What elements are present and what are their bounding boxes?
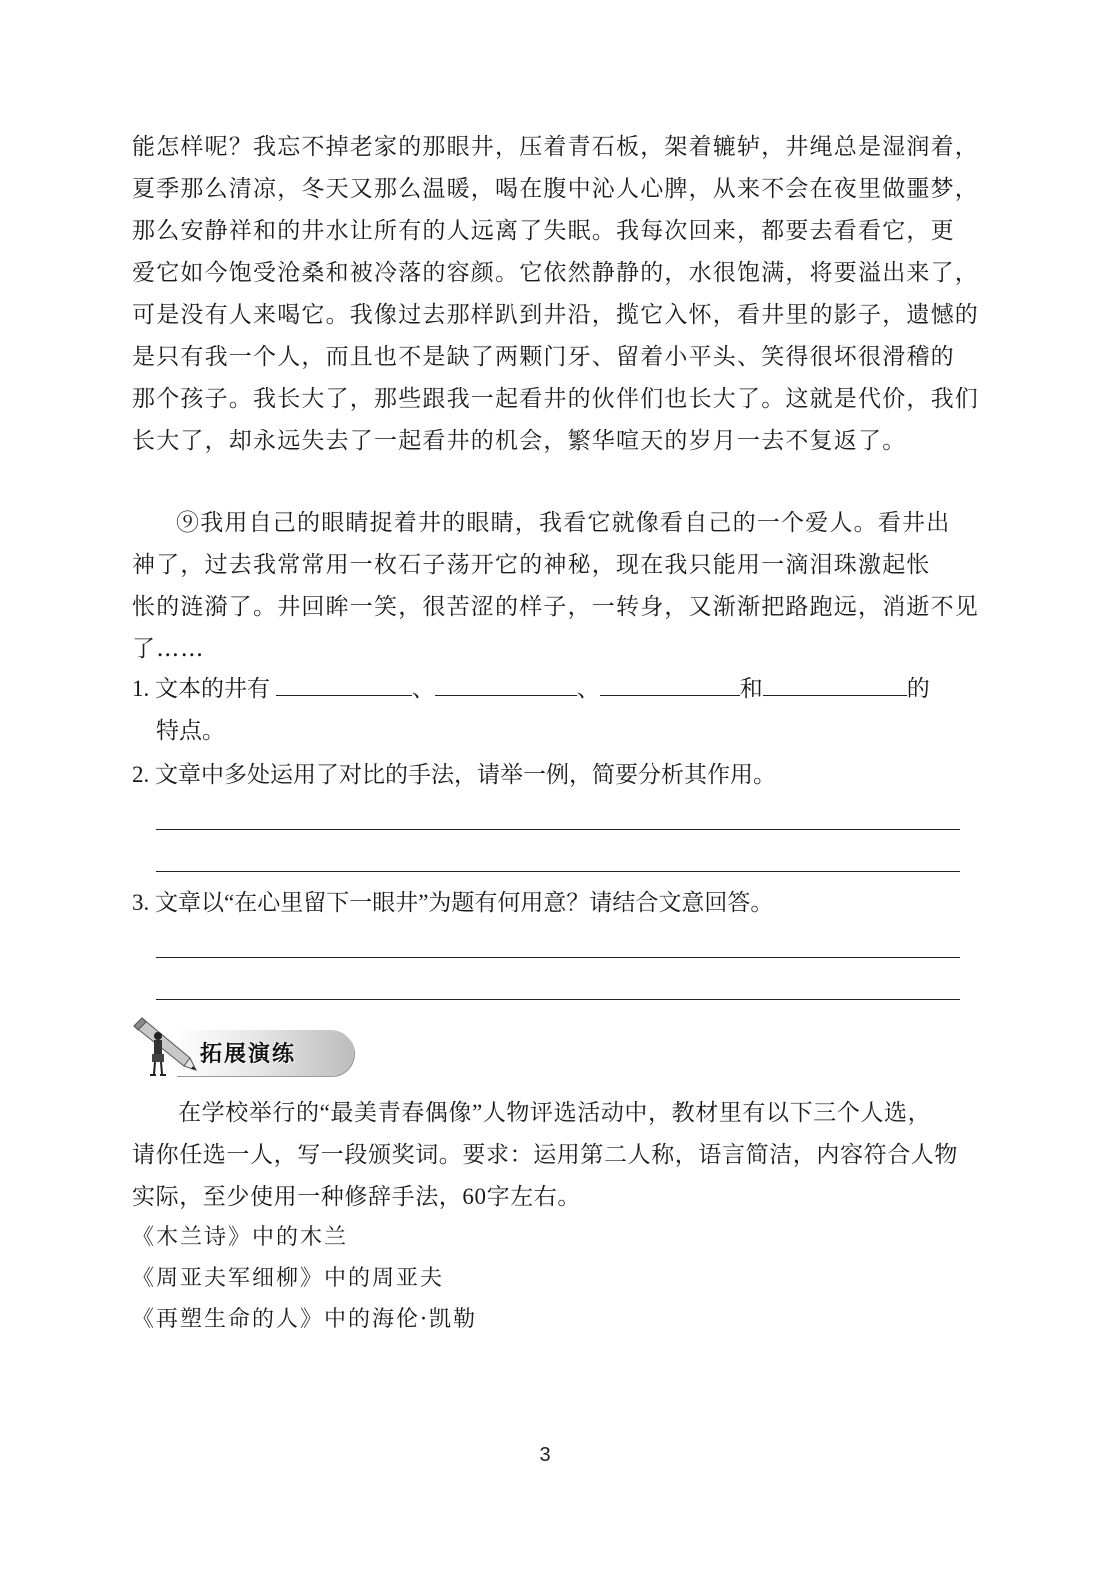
passage-line: ⑨我用自己的眼睛捉着井的眼睛，我看它就像看自己的一个爱人。看井出 [132, 502, 960, 544]
question-text: 文章中多处运用了对比的手法，请举一例，简要分析其作用。 [155, 762, 776, 787]
passage-line: 可是没有人来喝它。我像过去那样趴到井沿，揽它入怀，看井里的影子，遗憾的 [132, 294, 960, 336]
passage-line: 神了，过去我常常用一枚石子荡开它的神秘，现在我只能用一滴泪珠激起怅 [132, 544, 960, 586]
question-text: 文章以“在心里留下一眼井”为题有何用意？请结合文意回答。 [155, 890, 773, 915]
passage-line: 那么安静祥和的井水让所有的人远离了失眠。我每次回来，都要去看看它，更 [132, 210, 960, 252]
fill-blank-4[interactable] [763, 673, 907, 696]
option-item: 《再塑生命的人》中的海伦·凯勒 [132, 1300, 477, 1340]
passage-line: 长大了，却永远失去了一起看井的机会，繁华喧天的岁月一去不复返了。 [132, 420, 960, 462]
instruction-line: 实际，至少使用一种修辞手法，60字左右。 [132, 1176, 960, 1218]
pencil-person-icon [128, 1016, 198, 1080]
passage-line: 夏季那么清凉，冬天又那么温暖，喝在腹中沁人心脾，从来不会在夜里做噩梦， [132, 168, 960, 210]
workbook-page: 能怎样呢？我忘不掉老家的那眼井，压着青石板，架着辘轳，井绳总是湿润着， 夏季那么… [0, 0, 1110, 1571]
passage-line: 是只有我一个人，而且也不是缺了两颗门牙、留着小平头、笑得很坏很滑稽的 [132, 336, 960, 378]
fill-blank-2[interactable] [435, 673, 577, 696]
question-text: 特点。 [156, 718, 225, 743]
passage-line: 爱它如今饱受沧桑和被冷落的容颜。它依然静静的，水很饱满，将要溢出来了， [132, 252, 960, 294]
question-3: 3. 文章以“在心里留下一眼井”为题有何用意？请结合文意回答。 [132, 882, 960, 924]
fill-blank-1[interactable] [276, 673, 412, 696]
instruction-line: 在学校举行的“最美青春偶像”人物评选活动中，教材里有以下三个人选， [132, 1092, 960, 1134]
question-1-continuation: 特点。 [156, 710, 984, 752]
passage-line: 那个孩子。我长大了，那些跟我一起看井的伙伴们也长大了。这就是代价，我们 [132, 378, 960, 420]
question-number: 2. [132, 762, 149, 787]
answer-line[interactable] [156, 871, 960, 872]
section-title: 拓展演练 [200, 1037, 296, 1068]
section-banner: 拓展演练 [128, 1016, 358, 1080]
extension-instructions: 在学校举行的“最美青春偶像”人物评选活动中，教材里有以下三个人选， 请你任选一人… [132, 1092, 960, 1218]
page-number: 3 [0, 1444, 1090, 1467]
answer-line[interactable] [156, 999, 960, 1000]
answer-line[interactable] [156, 957, 960, 958]
separator: 、 [577, 676, 600, 701]
option-text: 《周亚夫军细柳》中的周亚夫 [132, 1266, 444, 1291]
question-1: 1. 文本的井有 、、和的 [132, 668, 960, 710]
separator: 、 [412, 676, 435, 701]
passage-paragraph-9: ⑨我用自己的眼睛捉着井的眼睛，我看它就像看自己的一个爱人。看井出 神了，过去我常… [132, 502, 960, 670]
question-number: 3. [132, 890, 149, 915]
answer-line[interactable] [156, 829, 960, 830]
passage-paragraph-8: 能怎样呢？我忘不掉老家的那眼井，压着青石板，架着辘轳，井绳总是湿润着， 夏季那么… [132, 126, 960, 462]
passage-line: 能怎样呢？我忘不掉老家的那眼井，压着青石板，架着辘轳，井绳总是湿润着， [132, 126, 960, 168]
separator: 和 [740, 676, 763, 701]
option-text: 《再塑生命的人》中的海伦·凯勒 [132, 1307, 477, 1332]
instruction-line: 请你任选一人，写一段颁奖词。要求：运用第二人称，语言简洁，内容符合人物 [132, 1134, 960, 1176]
question-2: 2. 文章中多处运用了对比的手法，请举一例，简要分析其作用。 [132, 754, 960, 796]
passage-line: 怅的涟漪了。井回眸一笑，很苦涩的样子，一转身，又渐渐把路跑远，消逝不见 [132, 586, 960, 628]
question-number: 1. [132, 676, 149, 701]
fill-blank-3[interactable] [600, 673, 740, 696]
question-text: 文本的井有 [155, 676, 270, 701]
option-item: 《木兰诗》中的木兰 [132, 1218, 348, 1258]
option-item: 《周亚夫军细柳》中的周亚夫 [132, 1259, 444, 1299]
passage-line: 了…… [132, 628, 960, 670]
option-text: 《木兰诗》中的木兰 [132, 1225, 348, 1250]
question-text: 的 [907, 676, 930, 701]
